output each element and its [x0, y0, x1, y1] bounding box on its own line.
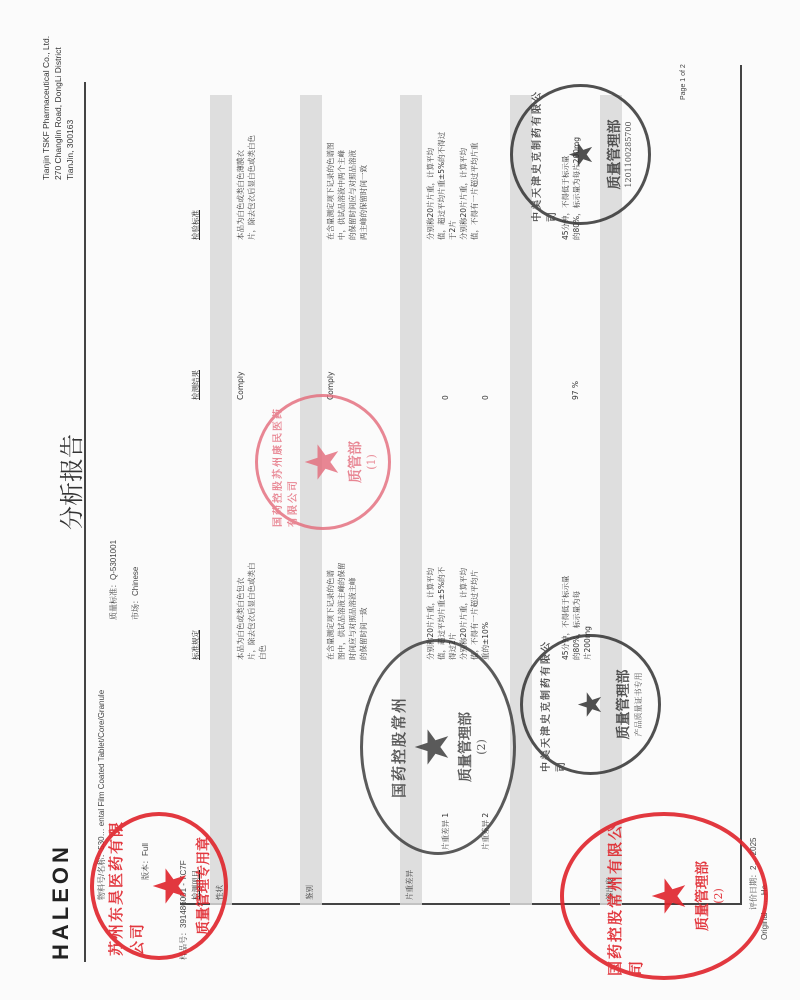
col-header-standard: 标准规定 — [190, 630, 201, 660]
col-header-method: 检验标准 — [190, 210, 201, 240]
standard-identification: 在含量测定项下记录的色谱图中，供试品溶液主峰的保留时间应与对照品溶液主峰的保留时… — [325, 563, 369, 661]
page-number: Page 1 of 2 — [680, 64, 687, 100]
stamp-sinopharm-changzhou-red: 国药控股常州有限公司★质量管理部(2) — [560, 812, 768, 980]
report-title: 分析报告 — [52, 434, 87, 530]
market: 市场：Chinese — [130, 567, 141, 620]
result-weight-1: 0 — [440, 395, 451, 400]
method-weight-variation: 分别称20片片重，计算平均值，超过平均片重±5%的不得过于2片分别称20片片重，… — [425, 132, 480, 240]
result-appearance: Comply — [235, 372, 246, 400]
table-bottom-border — [740, 65, 742, 905]
stamp-kangmin: 国药控股苏州康民医药有限公司★质管部(1) — [255, 394, 391, 530]
company-city: TianJin, 300163 — [64, 36, 76, 180]
item-weight-variation: 片重差异 — [404, 870, 415, 900]
item-identification: 鉴别 — [304, 885, 315, 900]
method-appearance: 本品为白色或类白色薄膜衣片，除去包衣后显白色或类白色 — [235, 135, 257, 240]
stamp-sino-american-1: 中美天津史克制药有限公司★质量管理部产品质量证书专用 — [520, 634, 661, 775]
result-weight-2: 0 — [480, 395, 491, 400]
method-identification: 在含量测定项下记录的色谱图中，供试品溶液中两个主峰的保留时间应与对照品溶液两主峰… — [325, 143, 369, 241]
col-header-result: 检测结果 — [190, 370, 201, 400]
row-band — [210, 95, 232, 905]
company-street: 270 Changlin Road, DongLi District — [52, 36, 64, 180]
company-address: Tianjin TSKF Pharmaceutical Co., Ltd. 27… — [40, 36, 76, 180]
stamp-dongchang: 苏州东昊医药有限公司★质量管理专用章 — [90, 812, 228, 960]
stamp-sino-american-2: 中美天津史克制药有限公司★质量管理部1201100285700 — [510, 84, 651, 225]
stamp-sinopharm-changzhou-dark: 国药控股常州★质量管理部(2) — [360, 639, 516, 855]
standard-appearance: 本品为白色或类白色包衣片，除去包衣后显白色或类白白色 — [235, 563, 268, 661]
company-name: Tianjin TSKF Pharmaceutical Co., Ltd. — [40, 36, 52, 180]
haleon-logo: HALEON — [48, 843, 74, 960]
header-divider — [84, 82, 86, 962]
spec-number: 质量标准：Q-5301001 — [108, 540, 119, 620]
result-dissolution: 97 % — [570, 381, 581, 400]
analysis-report-page: HALEON 分析报告 Tianjin TSKF Pharmaceutical … — [0, 0, 800, 1000]
